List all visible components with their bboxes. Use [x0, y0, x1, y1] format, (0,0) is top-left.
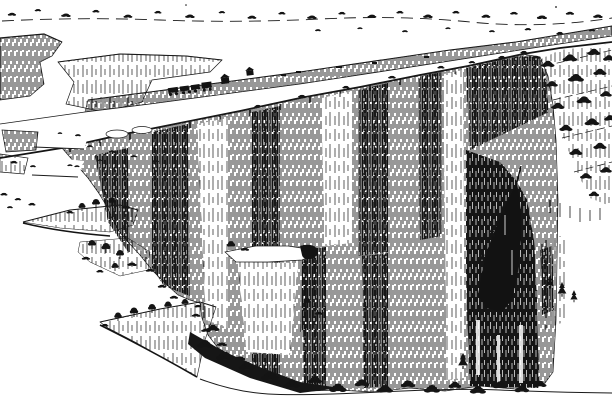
column-top [132, 127, 152, 134]
column-top [106, 130, 128, 138]
engraving-page [0, 0, 612, 404]
pale-streak [444, 70, 464, 380]
dark-streak [418, 72, 442, 240]
drapery-gap [476, 320, 480, 375]
ink-speck [185, 4, 187, 6]
ink-speck [555, 6, 557, 8]
dark-streak [362, 253, 388, 388]
light-streak [322, 91, 352, 246]
drapery-gap [497, 335, 500, 385]
dark-streak [152, 124, 190, 296]
dark-streak [358, 83, 388, 256]
drapery-gap [519, 325, 523, 383]
cliff-engraving [0, 0, 612, 404]
shelf-under-hatch [238, 262, 298, 355]
hut [246, 70, 254, 76]
shelf-shadow-streak [300, 258, 316, 332]
hut [221, 77, 230, 84]
